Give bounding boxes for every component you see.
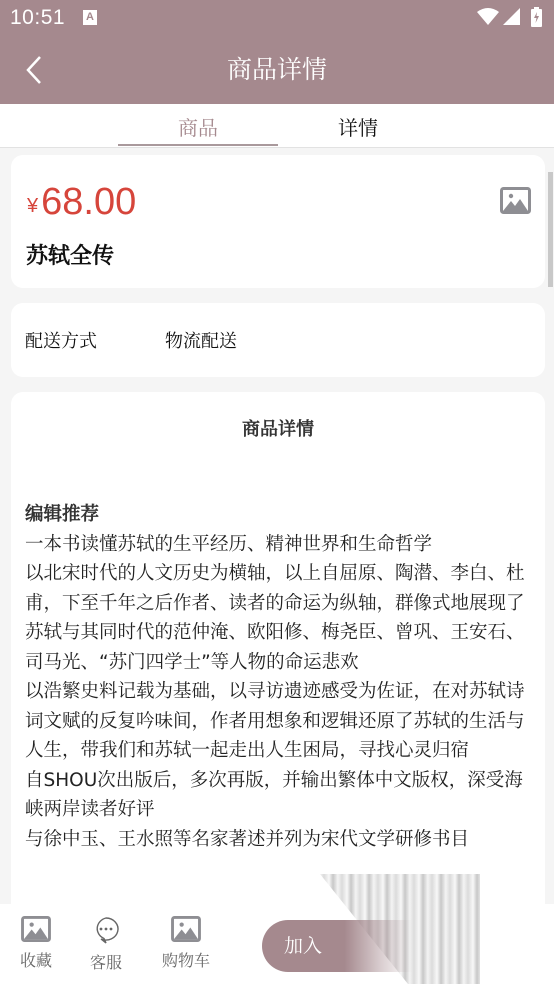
detail-paragraph: 自SHOU次出版后，多次再版，并输出繁体中文版权，深受海峡两岸读者好评 bbox=[25, 766, 537, 825]
detail-paragraph: 一本书读懂苏轼的生平经历、精神世界和生命哲学 bbox=[25, 530, 537, 560]
customer-service-button[interactable]: 客服 bbox=[86, 916, 126, 973]
detail-heading: 编辑推荐 bbox=[25, 500, 537, 530]
status-bar: 10:51 A bbox=[0, 0, 554, 36]
customer-service-label: 客服 bbox=[86, 950, 126, 973]
app-header: 10:51 A 商品详情 bbox=[0, 0, 554, 104]
detail-paragraph: 以浩繁史料记载为基础，以寻访遗迹感受为佐证，在对苏轼诗词文赋的反复吟味间，作者用… bbox=[25, 677, 537, 766]
detail-body: 编辑推荐 一本书读懂苏轼的生平经历、精神世界和生命哲学 以北宋时代的人文历史为横… bbox=[25, 500, 537, 854]
bottom-action-bar: 收藏 客服 购物车 加入 bbox=[0, 904, 554, 984]
tab-details[interactable]: 详情 bbox=[278, 112, 438, 141]
detail-paragraph: 以北宋时代的人文历史为横轴，以上自屈原、陶潜、李白、杜甫，下至千年之后作者、读者… bbox=[25, 559, 537, 677]
page-title: 商品详情 bbox=[0, 50, 554, 86]
tab-goods[interactable]: 商品 bbox=[118, 112, 278, 141]
add-to-cart-button[interactable]: 加入 bbox=[262, 920, 412, 972]
shipping-label: 配送方式 bbox=[25, 327, 97, 353]
currency-symbol: ¥ bbox=[27, 195, 38, 217]
shipping-card: 配送方式 物流配送 bbox=[11, 303, 545, 377]
scrollbar[interactable] bbox=[548, 172, 553, 287]
notification-a-icon: A bbox=[83, 10, 97, 25]
product-detail-card: 商品详情 编辑推荐 一本书读懂苏轼的生平经历、精神世界和生命哲学 以北宋时代的人… bbox=[11, 392, 545, 912]
detail-paragraph: 与徐中玉、王水照等名家著述并列为宋代文学研修书目 bbox=[25, 825, 537, 855]
shipping-value: 物流配送 bbox=[165, 327, 237, 353]
favorite-button[interactable]: 收藏 bbox=[16, 916, 56, 971]
product-price: ¥68.00 bbox=[27, 181, 136, 224]
detail-title: 商品详情 bbox=[11, 415, 545, 441]
favorite-label: 收藏 bbox=[16, 948, 56, 971]
cart-label: 购物车 bbox=[158, 948, 214, 971]
status-time: 10:51 bbox=[10, 6, 65, 30]
cart-button[interactable]: 购物车 bbox=[158, 916, 214, 971]
wifi-icon bbox=[477, 8, 499, 30]
price-amount: 68.00 bbox=[41, 181, 136, 223]
product-name: 苏轼全传 bbox=[26, 239, 114, 270]
image-placeholder-icon[interactable] bbox=[500, 187, 531, 218]
battery-charging-icon bbox=[531, 7, 542, 31]
product-summary-card: ¥68.00 苏轼全传 bbox=[11, 155, 545, 288]
cell-signal-icon bbox=[503, 8, 521, 30]
image-placeholder-icon bbox=[171, 916, 201, 942]
active-tab-indicator bbox=[118, 144, 278, 146]
tab-bar: 商品 详情 bbox=[0, 104, 554, 148]
image-placeholder-icon bbox=[21, 916, 51, 942]
chat-bubble-icon bbox=[92, 916, 120, 944]
